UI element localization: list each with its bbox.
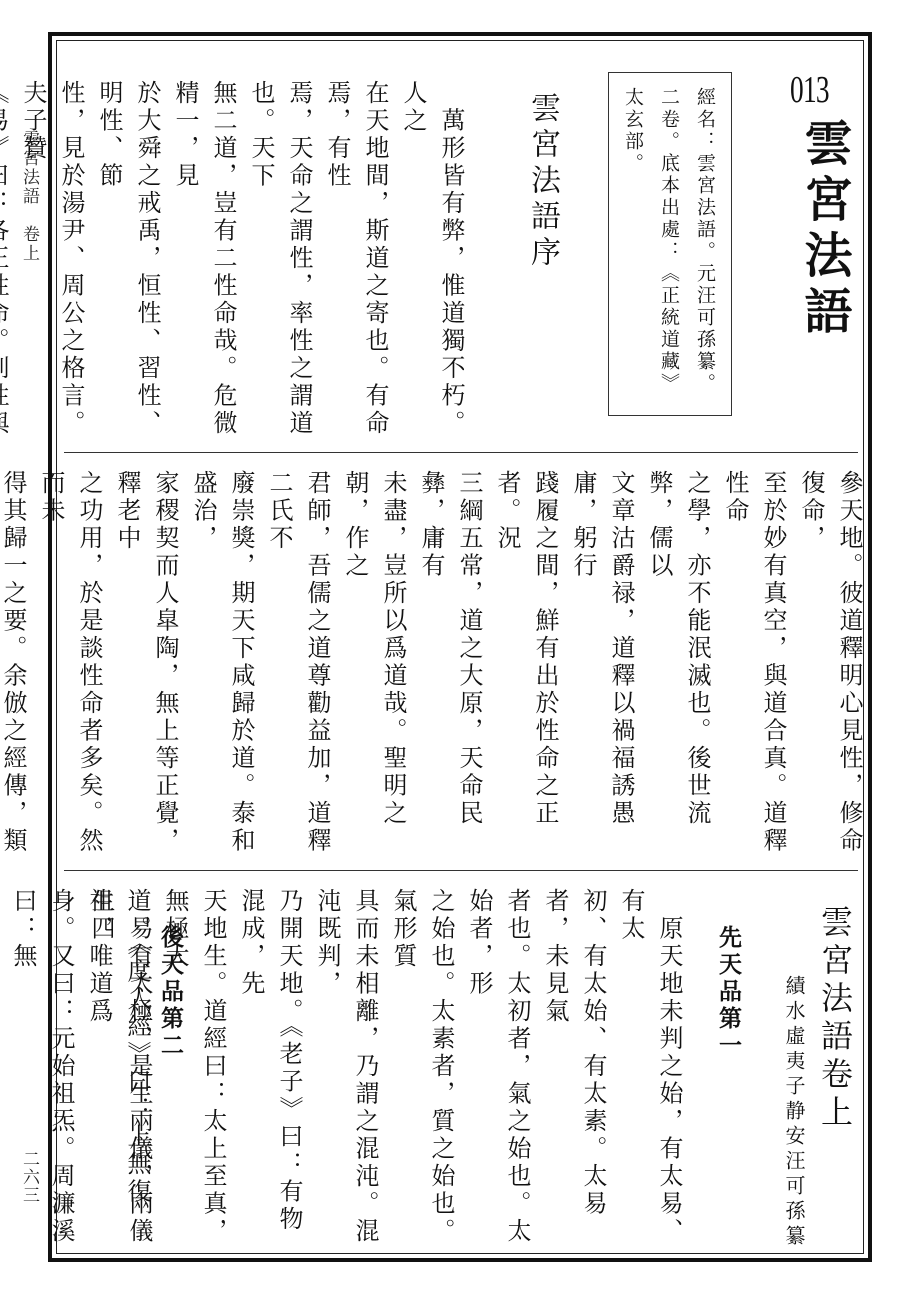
- text-column: 具而未相離，乃謂之混沌。混沌既判，: [308, 888, 384, 1260]
- text-column: 《易》曰：各正性命。則性與命並言之: [0, 80, 14, 450]
- document-number: 013: [790, 68, 833, 112]
- info-line: 經名：雲宮法語。元汪可孫纂。: [687, 87, 723, 395]
- section-divider-bottom: [64, 870, 858, 871]
- text-column: 得其歸一之要。余倣之經傳，類而編: [0, 470, 32, 862]
- text-column: 未盡，豈所以爲道哉。聖明之朝，作之: [336, 470, 412, 862]
- text-column: 乃開天地。《老子》曰：有物混成，先: [232, 888, 308, 1260]
- document-title: 雲宮法語: [790, 118, 859, 342]
- text-column: 萬形皆有弊，惟道獨不朽。人之: [394, 80, 470, 450]
- text-column: 家稷契而人皐陶，無上等正覺，釋老中: [108, 470, 184, 862]
- text-column: 身。又曰：元始祖炁。周濂溪曰：無: [4, 888, 80, 1260]
- text-column: 之功用，於是談性命者多矣。然而未: [32, 470, 108, 862]
- text-column: 在天地間，斯道之寄也。有命焉，有性: [318, 80, 394, 450]
- text-column: 君師，吾儒之道尊勸益加，道釋二氏不: [260, 470, 336, 862]
- text-column: 初、有太始、有太素。太易者，未見氣: [536, 888, 612, 1260]
- text-column: 無二道，豈有二性命哉。危微精一，見: [166, 80, 242, 450]
- volume-title: 雲宮法語卷上: [812, 905, 858, 1133]
- chapter-2-text: 易有太極，是生兩儀，兩儀生四: [82, 888, 158, 1260]
- text-column: 之學，亦不能泯滅也。後世流弊，儒以: [640, 470, 716, 862]
- preface-text-middle: 參天地。彼道釋明心見性，修命復命， 至於妙有真空，與道合真。道釋性命 之學，亦不…: [0, 470, 868, 862]
- text-column: 焉，天命之謂性，率性之謂道也。天下: [242, 80, 318, 450]
- section-divider-top: [64, 452, 858, 453]
- chapter-heading-1: 先天品第一: [712, 925, 745, 1060]
- text-column: 之始也。太素者，質之始也。氣形質: [384, 888, 460, 1260]
- text-column: 參天地。彼道釋明心見性，修命復命，: [792, 470, 868, 862]
- text-column: 性，見於湯尹、周公之格言。夫子贊: [14, 80, 90, 450]
- text-column: 至於妙有真空，與道合真。道釋性命: [716, 470, 792, 862]
- info-line: 二卷。底本出處：《正統道藏》: [651, 87, 687, 395]
- scripture-info-box: 經名：雲宮法語。元汪可孫纂。 二卷。底本出處：《正統道藏》 太玄部。: [608, 72, 732, 416]
- compiler-line: 績水虛夷子静安汪可孫纂: [780, 975, 809, 1250]
- scripture-info-text: 經名：雲宮法語。元汪可孫纂。 二卷。底本出處：《正統道藏》 太玄部。: [615, 87, 723, 395]
- info-line: 太玄部。: [615, 87, 651, 395]
- text-column: 者也。太初者，氣之始也。太始者，形: [460, 888, 536, 1260]
- text-column: 於大舜之戒禹，恒性、習性、明性、節: [90, 80, 166, 450]
- text-column: 踐履之間，鮮有出於性命之正者。況: [488, 470, 564, 862]
- preface-title: 雲宮法語序: [520, 92, 564, 272]
- chapter-heading-2: 後天品第二: [154, 925, 187, 1060]
- text-column: 三綱五常，道之大原，天命民彝，庸有: [412, 470, 488, 862]
- preface-text-top: 萬形皆有弊，惟道獨不朽。人之 在天地間，斯道之寄也。有命焉，有性 焉，天命之謂性…: [0, 80, 470, 450]
- text-column: 極而太極。又曰：無極之真。康節: [0, 888, 4, 1260]
- text-column: 廢崇獎，期天下咸歸於道。泰和盛治，: [184, 470, 260, 862]
- text-column: 原天地未判之始，有太易、有太: [612, 888, 688, 1260]
- text-column: 易有太極，是生兩儀，兩儀生四: [82, 888, 158, 1260]
- text-column: 文章沽爵禄，道釋以禍福誘愚庸，躬行: [564, 470, 640, 862]
